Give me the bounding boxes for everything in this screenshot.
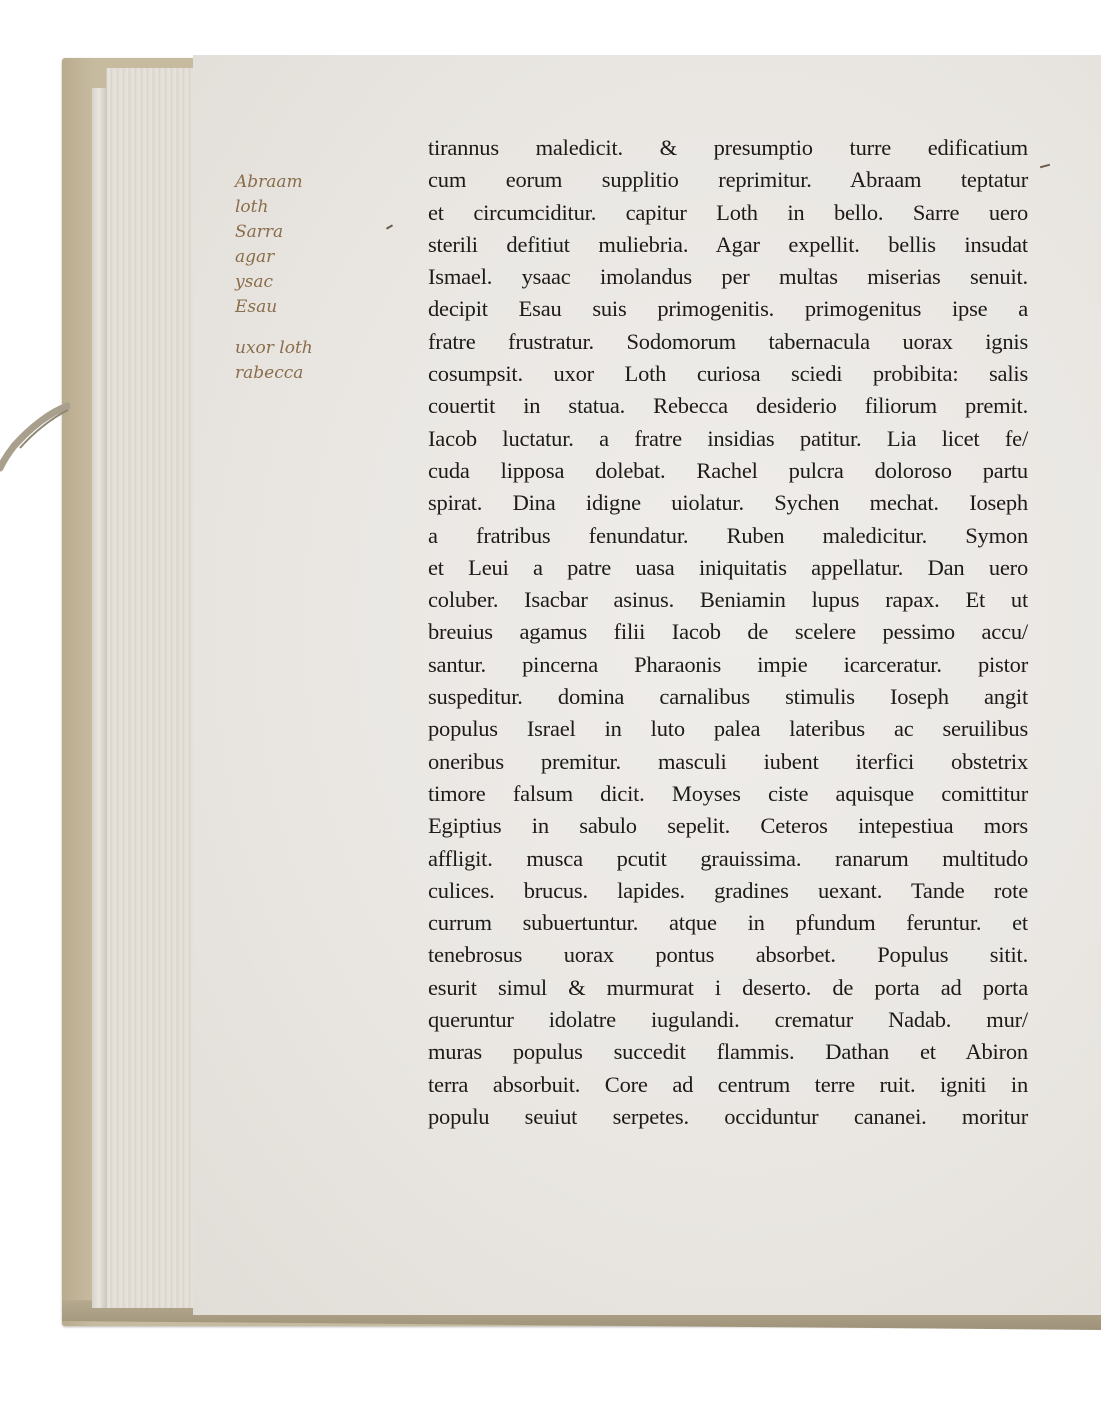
text-line: tenebrosus uorax pontus absorbet. Populu… (428, 939, 1028, 971)
margin-note: loth (235, 195, 375, 220)
text-line: cosumpsit. uxor Loth curiosa sciedi prob… (428, 358, 1028, 390)
page-block-fore-edge (106, 68, 207, 1308)
text-line: culices. brucus. lapides. gradines uexan… (428, 875, 1028, 907)
text-line: esurit simul & murmurat i deserto. de po… (428, 972, 1028, 1004)
text-line: suspeditur. domina carnalibus stimulis I… (428, 681, 1028, 713)
text-line: tirannus maledicit. & presumptio turre e… (428, 132, 1028, 164)
text-line: cum eorum supplitio reprimitur. Abraam t… (428, 164, 1028, 196)
margin-note: ysac (235, 270, 375, 295)
printed-text-block: tirannus maledicit. & presumptio turre e… (428, 132, 1028, 1133)
margin-note: rabecca (235, 361, 375, 386)
text-line: spirat. Dina idigne uiolatur. Sychen mec… (428, 487, 1028, 519)
text-line: affligit. musca pcutit grauissima. ranar… (428, 843, 1028, 875)
text-line: populu seuiut serpetes. occiduntur canan… (428, 1101, 1028, 1133)
cover-turn-in (92, 88, 106, 1308)
text-line: decipit Esau suis primogenitis. primogen… (428, 293, 1028, 325)
text-line: populus Israel in luto palea lateribus a… (428, 713, 1028, 745)
text-line: timore falsum dicit. Moyses ciste aquisq… (428, 778, 1028, 810)
margin-note: Abraam (235, 170, 375, 195)
margin-note: uxor loth (235, 336, 375, 361)
text-line: queruntur idolatre iugulandi. crematur N… (428, 1004, 1028, 1036)
text-line: a fratribus fenundatur. Ruben maledicitu… (428, 520, 1028, 552)
text-line: santur. pincerna Pharaonis impie icarcer… (428, 649, 1028, 681)
text-line: terra absorbuit. Core ad centrum terre r… (428, 1069, 1028, 1101)
text-line: fratre frustratur. Sodomorum tabernacula… (428, 326, 1028, 358)
text-line: Iacob luctatur. a fratre insidias patitu… (428, 423, 1028, 455)
text-line: breuius agamus filii Iacob de scelere pe… (428, 616, 1028, 648)
text-line: oneribus premitur. masculi iubent iterfi… (428, 746, 1028, 778)
text-line: cuda lipposa dolebat. Rachel pulcra dolo… (428, 455, 1028, 487)
text-line: et circumciditur. capitur Loth in bello.… (428, 197, 1028, 229)
manuscript-margin-notes: Abraam loth Sarra agar ysac Esau uxor lo… (235, 170, 375, 386)
margin-note: Esau (235, 295, 375, 320)
text-line: couertit in statua. Rebecca desiderio fi… (428, 390, 1028, 422)
text-line: Ismael. ysaac imolandus per multas miser… (428, 261, 1028, 293)
text-line: coluber. Isacbar asinus. Beniamin lupus … (428, 584, 1028, 616)
margin-note: Sarra (235, 220, 375, 245)
text-line: Egiptius in sabulo sepelit. Ceteros inte… (428, 810, 1028, 842)
margin-note: agar (235, 245, 375, 270)
text-line: currum subuertuntur. atque in pfundum fe… (428, 907, 1028, 939)
text-line: sterili defitiut muliebria. Agar expelli… (428, 229, 1028, 261)
text-line: et Leui a patre uasa iniquitatis appella… (428, 552, 1028, 584)
text-line: muras populus succedit flammis. Dathan e… (428, 1036, 1028, 1068)
vellum-tie-icon (0, 398, 70, 488)
